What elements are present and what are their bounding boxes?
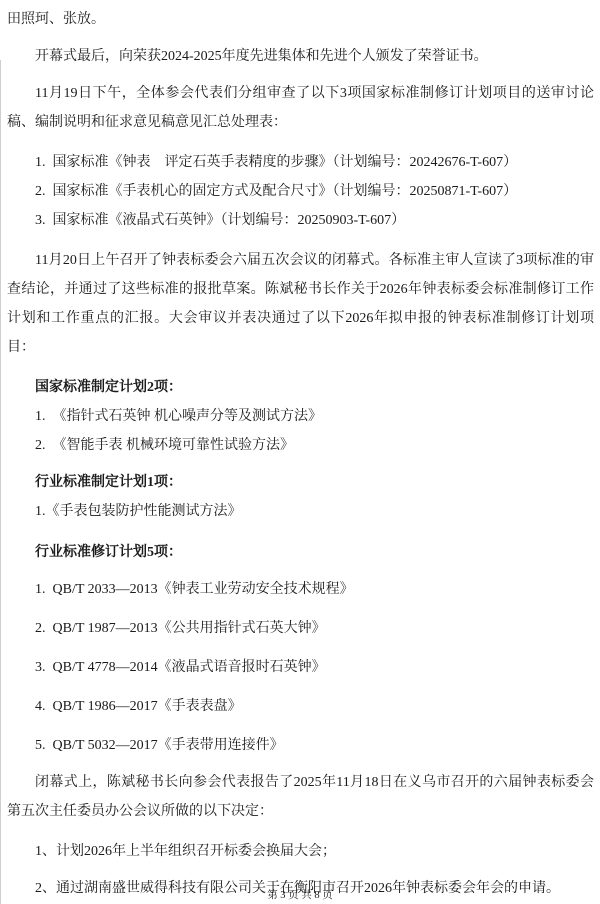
paragraph-nov20-closing-session: 11月20日上午召开了钟表标委会六届五次会议的闭幕式。各标准主审人宣读了3项标准…	[7, 246, 594, 362]
document-page: 田照珂、张放。 开幕式最后，向荣获2024-2025年度先进集体和先进个人颁发了…	[0, 0, 600, 904]
review-list-item-2: 2. 国家标准《手表机心的固定方式及配合尺寸》（计划编号：20250871-T-…	[35, 177, 594, 206]
paragraph-continuation: 田照珂、张放。	[7, 5, 594, 34]
revision-plan-item-4: 4. QB/T 1986—2017《手表表盘》	[35, 692, 594, 721]
section-heading-industry-plan: 行业标准制定计划1项：	[35, 468, 594, 497]
paragraph-ceremony: 开幕式最后，向荣获2024-2025年度先进集体和先进个人颁发了荣誉证书。	[7, 42, 594, 71]
revision-plan-item-5: 5. QB/T 5032—2017《手表带用连接件》	[35, 731, 594, 760]
review-list-item-1: 1. 国家标准《钟表 评定石英手表精度的步骤》（计划编号：20242676-T-…	[35, 148, 594, 177]
section-heading-national-plan: 国家标准制定计划2项：	[35, 373, 594, 402]
page-footer: 第 3 页 共 8 页	[0, 890, 600, 902]
revision-plan-item-2: 2. QB/T 1987—2013《公共用指针式石英大钟》	[35, 614, 594, 643]
revision-plan-item-1: 1. QB/T 2033—2013《钟表工业劳动安全技术规程》	[35, 575, 594, 604]
revision-plan-item-3: 3. QB/T 4778—2014《液晶式语音报时石英钟》	[35, 653, 594, 682]
paragraph-closing-report: 闭幕式上，陈斌秘书长向参会代表报告了2025年11月18日在义乌市召开的六届钟表…	[7, 768, 594, 826]
scan-edge-artifact	[0, 60, 1, 904]
industry-plan-item-1: 1.《手表包装防护性能测试方法》	[35, 497, 594, 526]
national-plan-item-1: 1. 《指针式石英钟 机心噪声分等及测试方法》	[35, 402, 594, 431]
national-standards-review-list: 1. 国家标准《钟表 评定石英手表精度的步骤》（计划编号：20242676-T-…	[7, 148, 594, 235]
paragraph-nov19-review: 11月19日下午，全体参会代表们分组审查了以下3项国家标准制修订计划项目的送审讨…	[7, 79, 594, 137]
decision-item-1: 1、计划2026年上半年组织召开标委会换届大会；	[35, 837, 594, 866]
national-plan-item-2: 2. 《智能手表 机械环境可靠性试验方法》	[35, 431, 594, 460]
section-heading-industry-revision-plan: 行业标准修订计划5项：	[35, 538, 594, 567]
review-list-item-3: 3. 国家标准《液晶式石英钟》（计划编号：20250903-T-607）	[35, 206, 594, 235]
